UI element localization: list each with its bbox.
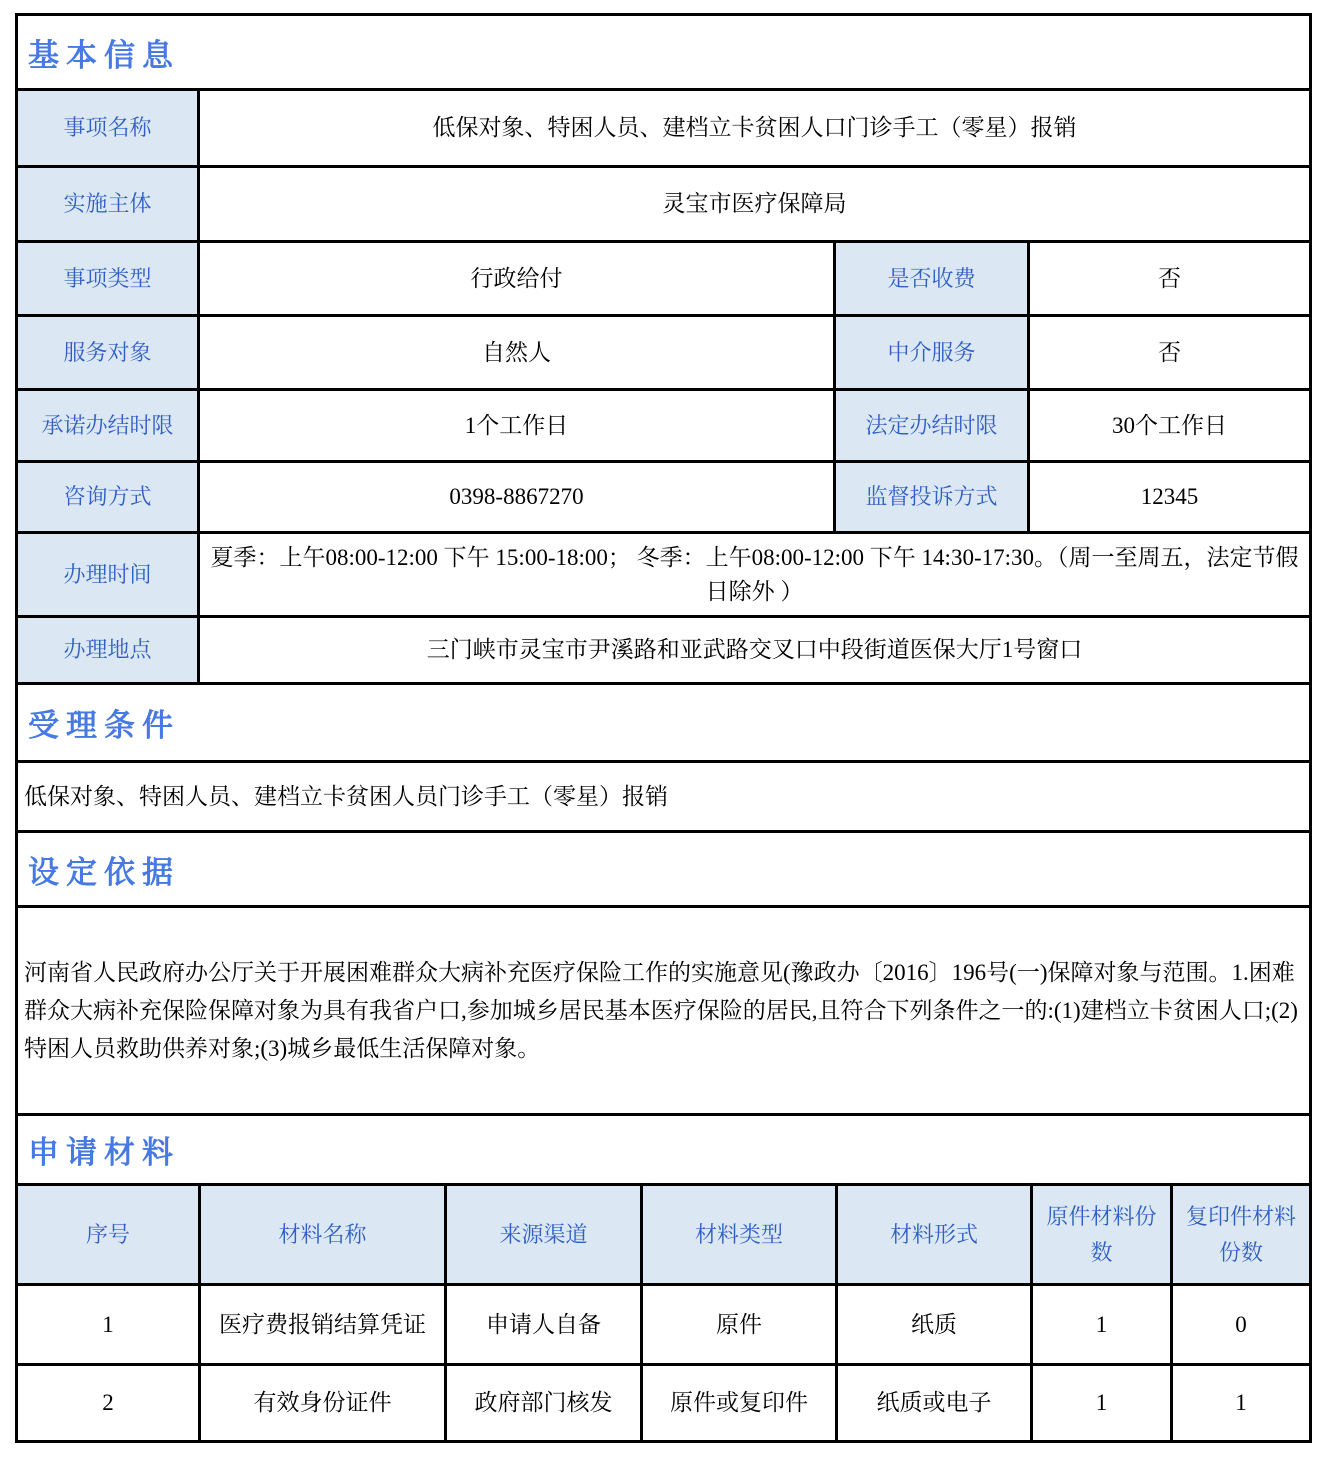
section-title-acceptance: 受理条件 bbox=[28, 700, 180, 745]
field-label-service-target: 服务对象 bbox=[18, 317, 200, 388]
info-row-item-type: 事项类型 行政给付 是否收费 否 bbox=[18, 243, 1309, 317]
material-photocopy-copies: 0 bbox=[1173, 1286, 1309, 1363]
field-label-handling-time: 办理时间 bbox=[18, 534, 200, 615]
section-title-basic-info: 基本信息 bbox=[28, 30, 180, 75]
section-title-row-acceptance: 受理条件 bbox=[18, 685, 1309, 763]
materials-header-type: 材料类型 bbox=[643, 1186, 838, 1283]
field-label-handling-location: 办理地点 bbox=[18, 618, 200, 682]
field-value-handling-location: 三门峡市灵宝市尹溪路和亚武路交叉口中段街道医保大厅1号窗口 bbox=[200, 618, 1309, 682]
field-label-consultation: 咨询方式 bbox=[18, 463, 200, 531]
field-label-intermediary-service: 中介服务 bbox=[836, 317, 1030, 388]
materials-row: 1 医疗费报销结算凭证 申请人自备 原件 纸质 1 0 bbox=[18, 1286, 1309, 1366]
material-original-copies: 1 bbox=[1033, 1366, 1173, 1440]
materials-header-seq: 序号 bbox=[18, 1186, 201, 1283]
info-row-handling-location: 办理地点 三门峡市灵宝市尹溪路和亚武路交叉口中段街道医保大厅1号窗口 bbox=[18, 618, 1309, 685]
field-value-item-type: 行政给付 bbox=[200, 243, 836, 314]
field-value-intermediary-service: 否 bbox=[1030, 317, 1309, 388]
info-row-promised-time-limit: 承诺办结时限 1个工作日 法定办结时限 30个工作日 bbox=[18, 391, 1309, 463]
field-label-implementing-body: 实施主体 bbox=[18, 168, 200, 240]
materials-header-source: 来源渠道 bbox=[447, 1186, 643, 1283]
materials-header-form: 材料形式 bbox=[838, 1186, 1033, 1283]
field-value-complaint-phone: 12345 bbox=[1030, 463, 1309, 531]
materials-header-name: 材料名称 bbox=[201, 1186, 447, 1283]
field-label-statutory-time-limit: 法定办结时限 bbox=[836, 391, 1030, 460]
materials-header-original-copies: 原件材料份数 bbox=[1033, 1186, 1173, 1283]
field-label-charges: 是否收费 bbox=[836, 243, 1030, 314]
section-title-row-basis: 设定依据 bbox=[18, 833, 1309, 908]
field-label-complaint: 监督投诉方式 bbox=[836, 463, 1030, 531]
material-photocopy-copies: 1 bbox=[1173, 1366, 1309, 1440]
material-original-copies: 1 bbox=[1033, 1286, 1173, 1363]
section-title-row-basic-info: 基本信息 bbox=[18, 16, 1309, 91]
service-info-sheet: 基本信息 事项名称 低保对象、特困人员、建档立卡贫困人口门诊手工（零星）报销 实… bbox=[15, 13, 1312, 1443]
material-seq: 1 bbox=[18, 1286, 201, 1363]
material-source: 政府部门核发 bbox=[447, 1366, 643, 1440]
basis-content: 河南省人民政府办公厅关于开展困难群众大病补充医疗保险工作的实施意见(豫政办〔20… bbox=[18, 908, 1309, 1113]
section-title-materials: 申请材料 bbox=[28, 1127, 180, 1172]
field-label-promised-time-limit: 承诺办结时限 bbox=[18, 391, 200, 460]
material-seq: 2 bbox=[18, 1366, 201, 1440]
acceptance-content-row: 低保对象、特困人员、建档立卡贫困人员门诊手工（零星）报销 bbox=[18, 763, 1309, 833]
material-form: 纸质或电子 bbox=[838, 1366, 1033, 1440]
section-title-row-materials: 申请材料 bbox=[18, 1116, 1309, 1186]
field-value-service-target: 自然人 bbox=[200, 317, 836, 388]
field-value-consultation-phone: 0398-8867270 bbox=[200, 463, 836, 531]
field-label-item-name: 事项名称 bbox=[18, 91, 200, 165]
field-value-item-name: 低保对象、特困人员、建档立卡贫困人口门诊手工（零星）报销 bbox=[200, 91, 1309, 165]
material-name: 有效身份证件 bbox=[201, 1366, 447, 1440]
field-label-item-type: 事项类型 bbox=[18, 243, 200, 314]
material-type: 原件或复印件 bbox=[643, 1366, 838, 1440]
material-name: 医疗费报销结算凭证 bbox=[201, 1286, 447, 1363]
info-row-handling-time: 办理时间 夏季：上午08:00-12:00 下午 15:00-18:00； 冬季… bbox=[18, 534, 1309, 618]
field-value-handling-time: 夏季：上午08:00-12:00 下午 15:00-18:00； 冬季：上午08… bbox=[200, 534, 1309, 615]
material-form: 纸质 bbox=[838, 1286, 1033, 1363]
materials-header-row: 序号 材料名称 来源渠道 材料类型 材料形式 原件材料份数 复印件材料份数 bbox=[18, 1186, 1309, 1286]
material-type: 原件 bbox=[643, 1286, 838, 1363]
field-value-implementing-body: 灵宝市医疗保障局 bbox=[200, 168, 1309, 240]
materials-header-photocopy-copies: 复印件材料份数 bbox=[1173, 1186, 1309, 1283]
field-value-charges: 否 bbox=[1030, 243, 1309, 314]
field-value-statutory-time-limit: 30个工作日 bbox=[1030, 391, 1309, 460]
info-row-service-target: 服务对象 自然人 中介服务 否 bbox=[18, 317, 1309, 391]
materials-row: 2 有效身份证件 政府部门核发 原件或复印件 纸质或电子 1 1 bbox=[18, 1366, 1309, 1440]
info-row-consultation: 咨询方式 0398-8867270 监督投诉方式 12345 bbox=[18, 463, 1309, 534]
info-row-implementing-body: 实施主体 灵宝市医疗保障局 bbox=[18, 168, 1309, 243]
basis-content-row: 河南省人民政府办公厅关于开展困难群众大病补充医疗保险工作的实施意见(豫政办〔20… bbox=[18, 908, 1309, 1116]
section-title-basis: 设定依据 bbox=[28, 847, 180, 892]
info-row-item-name: 事项名称 低保对象、特困人员、建档立卡贫困人口门诊手工（零星）报销 bbox=[18, 91, 1309, 168]
material-source: 申请人自备 bbox=[447, 1286, 643, 1363]
field-value-promised-time-limit: 1个工作日 bbox=[200, 391, 836, 460]
acceptance-content: 低保对象、特困人员、建档立卡贫困人员门诊手工（零星）报销 bbox=[18, 763, 1309, 830]
